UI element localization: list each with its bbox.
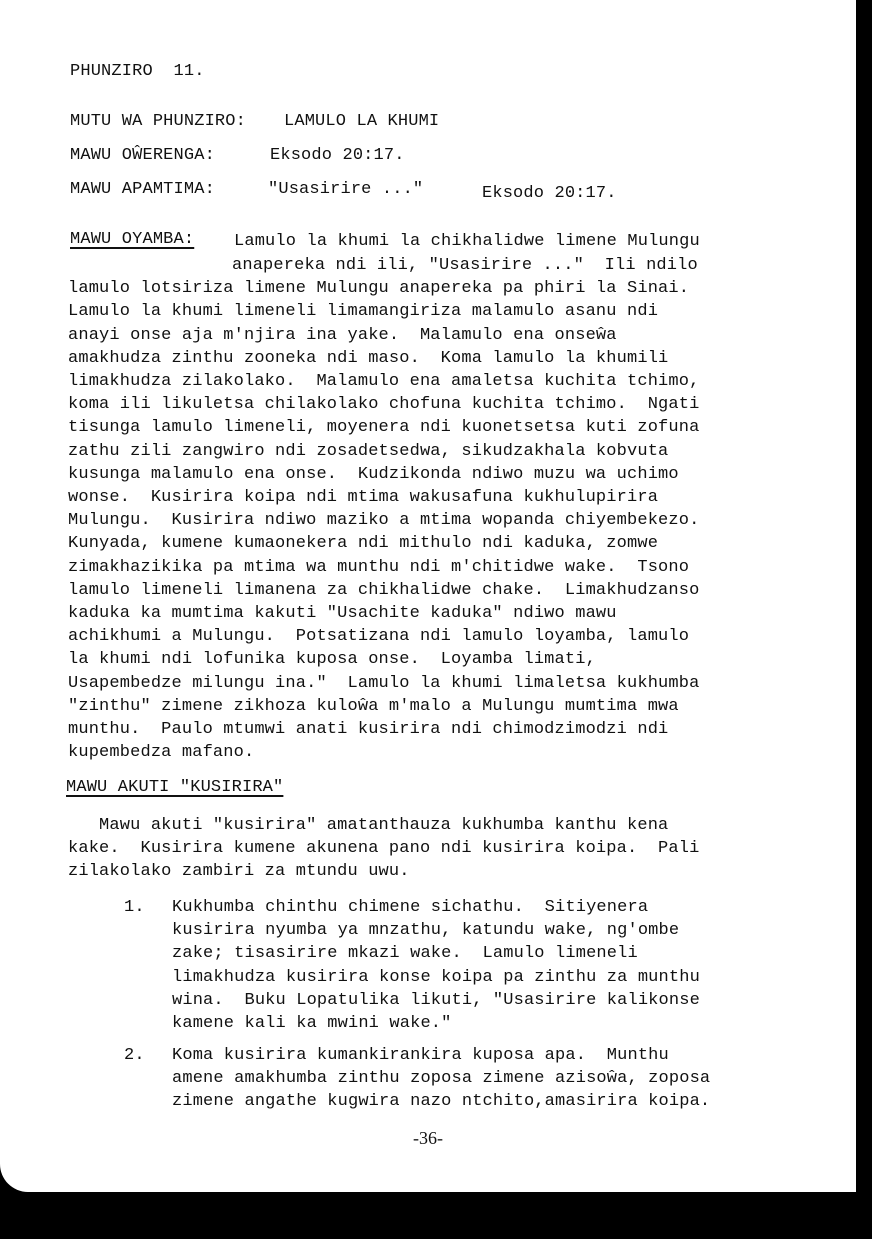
intro-line: la khumi ndi lofunika kuposa onse. Loyam… xyxy=(68,650,596,670)
memory-quote: "Usasirire ..." xyxy=(268,180,423,200)
intro-line: Kunyada, kumene kumaonekera ndi mithulo … xyxy=(68,534,658,554)
intro-line: tisunga lamulo limeneli, moyenera ndi ku… xyxy=(68,418,699,438)
intro-line: kaduka ka mumtima kakuti "Usachite kaduk… xyxy=(68,604,617,624)
intro-line: kusunga malamulo ena onse. Kudzikonda nd… xyxy=(68,465,679,485)
list-item-line: kusirira nyumba ya mnzathu, katundu wake… xyxy=(172,921,679,941)
list-item-line: Koma kusirira kumankirankira kuposa apa.… xyxy=(172,1046,669,1066)
memory-ref: Eksodo 20:17. xyxy=(482,184,617,204)
section-heading: MAWU AKUTI "KUSIRIRA" xyxy=(66,778,283,798)
topic-label: MUTU WA PHUNZIRO: xyxy=(70,112,246,132)
list-item-number: 2. xyxy=(124,1046,145,1066)
list-item-line: limakhudza kusirira konse koipa pa zinth… xyxy=(172,968,700,988)
list-item-number: 1. xyxy=(124,898,145,918)
section-line: kake. Kusirira kumene akunena pano ndi k… xyxy=(68,839,699,859)
intro-line: Usapembedze milungu ina." Lamulo la khum… xyxy=(68,674,699,694)
list-item-line: kamene kali ka mwini wake." xyxy=(172,1014,452,1034)
section-line: Mawu akuti "kusirira" amatanthauza kukhu… xyxy=(68,816,668,836)
intro-first-line: Lamulo la khumi la chikhalidwe limene Mu… xyxy=(234,232,700,252)
intro-line: lamulo limeneli limanena za chikhalidwe … xyxy=(68,581,699,601)
intro-line: zathu zili zangwiro ndi zosadetsedwa, si… xyxy=(68,442,668,462)
list-item-line: amene amakhumba zinthu zoposa zimene azi… xyxy=(172,1069,710,1089)
scan-border xyxy=(856,0,872,1239)
reading-value: Eksodo 20:17. xyxy=(270,146,405,166)
intro-line: koma ili likuletsa chilakolako chofuna k… xyxy=(68,395,699,415)
intro-line: achikhumi a Mulungu. Potsatizana ndi lam… xyxy=(68,627,689,647)
document-page: PHUNZIRO 11. MUTU WA PHUNZIRO: LAMULO LA… xyxy=(0,0,856,1192)
intro-line: limakhudza zilakolako. Malamulo ena amal… xyxy=(68,372,699,392)
intro-line: lamulo lotsiriza limene Mulungu anaperek… xyxy=(68,279,689,299)
memory-label: MAWU APAMTIMA: xyxy=(70,180,215,200)
intro-line: zimakhazikika pa mtima wa munthu ndi m'c… xyxy=(68,558,689,578)
section-line: zilakolako zambiri za mtundu uwu. xyxy=(68,862,410,882)
topic-value: LAMULO LA KHUMI xyxy=(284,112,439,132)
reading-label: MAWU OŴERENGA: xyxy=(70,146,215,166)
intro-line: "zinthu" zimene zikhoza kuloŵa m'malo a … xyxy=(68,697,679,717)
intro-line: amakhudza zinthu zooneka ndi maso. Koma … xyxy=(68,349,668,369)
list-item-line: zimene angathe kugwira nazo ntchito,amas… xyxy=(172,1092,710,1112)
intro-line: wonse. Kusirira koipa ndi mtima wakusafu… xyxy=(68,488,658,508)
list-item-line: wina. Buku Lopatulika likuti, "Usasirire… xyxy=(172,991,700,1011)
lesson-title: PHUNZIRO 11. xyxy=(70,62,205,82)
intro-label: MAWU OYAMBA: xyxy=(70,230,194,250)
intro-line: Lamulo la khumi limeneli limamangiriza m… xyxy=(68,302,658,322)
intro-line: anapereka ndi ili, "Usasirire ..." Ili n… xyxy=(232,256,698,276)
intro-line: munthu. Paulo mtumwi anati kusirira ndi … xyxy=(68,720,668,740)
intro-line: kupembedza mafano. xyxy=(68,743,254,763)
list-item-line: zake; tisasirire mkazi wake. Lamulo lime… xyxy=(172,944,638,964)
intro-line: Mulungu. Kusirira ndiwo maziko a mtima w… xyxy=(68,511,699,531)
page-number: -36- xyxy=(0,1128,856,1149)
list-item-line: Kukhumba chinthu chimene sichathu. Sitiy… xyxy=(172,898,648,918)
intro-line: anayi onse aja m'njira ina yake. Malamul… xyxy=(68,326,617,346)
